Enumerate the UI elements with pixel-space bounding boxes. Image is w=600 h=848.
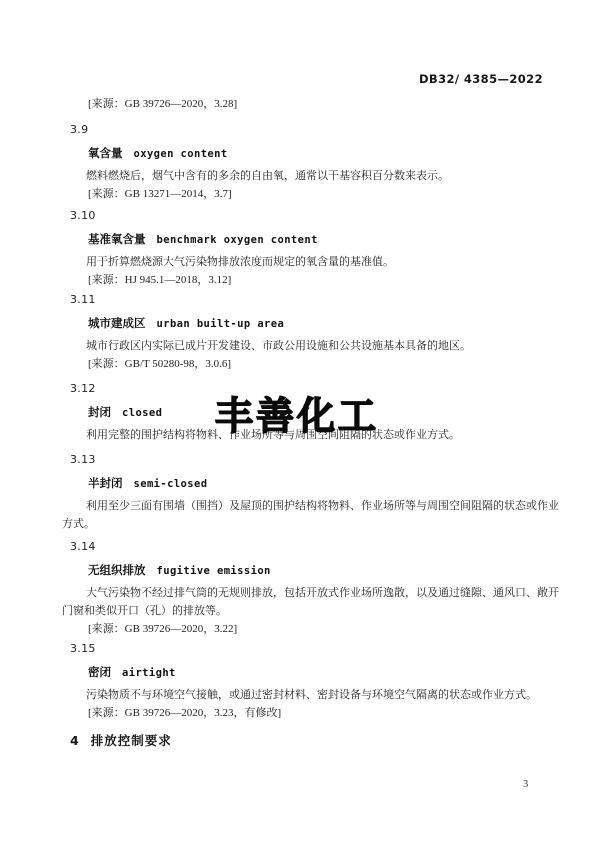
term-line: 半封闭semi-closed	[88, 474, 562, 493]
term-definition: 污染物质不与环境空气接触，或通过密封材料、密封设备与环境空气隔离的状态或作业方式…	[62, 686, 562, 704]
term-english: airtight	[122, 667, 176, 679]
standard-code-header: DB32/ 4385—2022	[419, 70, 543, 88]
term-english: oxygen content	[134, 148, 228, 160]
term-section-3-9: 3.9 氧含量oxygen content 燃料燃烧后，烟气中含有的多余的自由氧…	[62, 121, 562, 203]
term-chinese: 半封闭	[88, 476, 123, 490]
chapter-title: 排放控制要求	[91, 732, 172, 750]
term-definition: 大气污染物不经过排气筒的无规则排放，包括开放式作业场所逸散，以及通过缝隙、通风口…	[62, 584, 562, 620]
term-section-3-11: 3.11 城市建成区urban built-up area 城市行政区内实际已成…	[62, 291, 562, 373]
source-line: [来源：GB/T 50280-98，3.0.6]	[88, 355, 562, 373]
term-section-3-13: 3.13 半封闭semi-closed 利用至少三面有围墙（围挡）及屋顶的围护结…	[62, 451, 562, 533]
term-chinese: 密闭	[88, 665, 111, 679]
source-line: [来源：HJ 945.1—2018，3.12]	[88, 271, 562, 289]
term-chinese: 封闭	[88, 405, 111, 419]
term-english: semi-closed	[134, 478, 208, 490]
term-english: benchmark oxygen content	[157, 234, 318, 246]
term-english: urban built-up area	[157, 318, 285, 330]
term-definition: 城市行政区内实际已成片开发建设、市政公用设施和公共设施基本具备的地区。	[62, 337, 562, 355]
term-definition: 用于折算燃烧源大气污染物排放浓度而规定的氧含量的基准值。	[62, 253, 562, 271]
term-definition: 燃料燃烧后，烟气中含有的多余的自由氧，通常以干基容积百分数来表示。	[62, 167, 562, 185]
term-line: 氧含量oxygen content	[88, 144, 562, 163]
term-section-3-14: 3.14 无组织排放fugitive emission 大气污染物不经过排气筒的…	[62, 538, 562, 638]
term-line: 城市建成区urban built-up area	[88, 314, 562, 333]
section-number: 3.15	[70, 640, 562, 658]
term-chinese: 无组织排放	[88, 563, 146, 577]
source-line: [来源：GB 39726—2020，3.23，有修改]	[88, 704, 562, 722]
source-line: [来源：GB 13271—2014，3.7]	[88, 185, 562, 203]
term-chinese: 基准氧含量	[88, 232, 146, 246]
term-line: 基准氧含量benchmark oxygen content	[88, 230, 562, 249]
source-line: [来源：GB 39726—2020，3.28]	[88, 95, 588, 113]
term-line: 无组织排放fugitive emission	[88, 561, 562, 580]
section-number: 3.14	[70, 538, 562, 556]
term-chinese: 氧含量	[88, 146, 123, 160]
term-section-3-15: 3.15 密闭airtight 污染物质不与环境空气接触，或通过密封材料、密封设…	[62, 640, 562, 722]
section-number: 3.10	[70, 207, 562, 225]
section-number: 3.11	[70, 291, 562, 309]
document-page: DB32/ 4385—2022 [来源：GB 39726—2020，3.28] …	[0, 0, 600, 848]
term-line: 密闭airtight	[88, 663, 562, 682]
page-number: 3	[523, 776, 528, 794]
watermark-text: 丰善化工	[215, 396, 379, 436]
chapter-heading: 4排放控制要求	[62, 732, 172, 751]
term-english: fugitive emission	[157, 565, 271, 577]
term-chinese: 城市建成区	[88, 316, 146, 330]
section-number: 3.13	[70, 451, 562, 469]
source-line: [来源：GB 39726—2020，3.22]	[88, 620, 562, 638]
chapter-number: 4	[70, 732, 79, 750]
term-section-3-10: 3.10 基准氧含量benchmark oxygen content 用于折算燃…	[62, 207, 562, 289]
section-number: 3.9	[70, 121, 562, 139]
term-english: closed	[122, 407, 162, 419]
term-definition: 利用至少三面有围墙（围挡）及屋顶的围护结构将物料、作业场所等与周围空间阻隔的状态…	[62, 497, 562, 533]
